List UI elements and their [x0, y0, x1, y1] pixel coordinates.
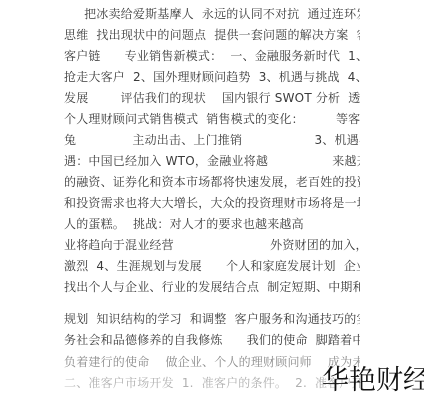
text-line: 和投资需求也将大大增长，大众的投资理财市场将是一块巨大的诱	[64, 193, 360, 213]
text-line: 业将趋向于混业经营 外资财团的加入，竞争日趋	[64, 235, 360, 255]
text-line: 激烈 4、生涯规划与发展 个人和家庭发展计划 企业的发展规划	[64, 256, 360, 276]
text-line: 把冰卖给爱斯基摩人 永远的认同不对抗 通过连环发问引导	[64, 4, 360, 24]
watermark-logo: 华艳财经	[322, 364, 424, 398]
text-line: 的融资、证券化和资本市场都将快速发展，老百姓的投资理财意识	[64, 172, 360, 192]
text-line: 发展 评估我们的现状 国内银行 SWOT 分析 透视个人理财中心	[64, 88, 360, 108]
text-line: 负着建行的使命 做企业、个人的理财顾问师 成为未来的金领！	[64, 352, 360, 372]
text-line: 客户链 专业销售新模式： 一、金融服务新时代 1、为什么花旗	[64, 46, 360, 66]
text-line: 规划 知识结构的学习 和调整 客户服务和沟通技巧的实战训练 服	[64, 309, 360, 329]
text-line: 务社会和品德修养的自我修炼 我们的使命 脚踏着中国的大地 肩	[64, 330, 360, 350]
text-line: 个人理财顾问式销售模式 销售模式的变化： 等客上门、守株待	[64, 109, 360, 129]
text-line: 人的蛋糕。 挑战：对人才的要求也越来越高 金融	[64, 214, 360, 234]
text-line: 抢走大客户 2、国外理财顾问趋势 3、机遇与挑战 4、生涯规划与	[64, 67, 360, 87]
text-line: 遇：中国已经加入 WTO，金融业将越 来越开放，中国企业	[64, 151, 360, 171]
document-page: 把冰卖给爱斯基摩人 永远的认同不对抗 通过连环发问引导 思维 找出现状中的问题点…	[0, 0, 424, 400]
text-line: 二、准客户市场开发 1. 准客户的条件。 2. 准客户开拓的方法	[64, 373, 360, 393]
text-line: 找出个人与企业、行业的发展结合点 制定短期、中期和长期的生涯	[64, 277, 360, 297]
text-line: 思维 找出现状中的问题点 提供一套问题的解决方案 客户延伸形成	[64, 25, 360, 45]
text-line: 兔 主动出击、上门推销 3、机遇与挑战 机	[64, 130, 360, 150]
